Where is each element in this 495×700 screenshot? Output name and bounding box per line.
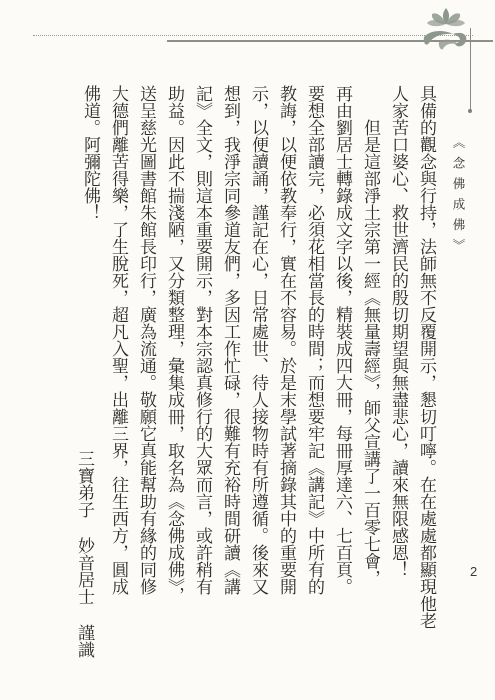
page-number: 2 (470, 564, 477, 579)
margin-line-dot (468, 109, 472, 113)
body-text: 具備的觀念與行持，法師無不反覆開示，懇切叮嚀。在在處處都顯現他老 人家苦口婆心、… (74, 85, 440, 633)
book-page: 《念佛成佛》 2 具備的觀念與行持，法師無不反覆開示，懇切叮嚀。在在處處都顯現他… (0, 0, 495, 700)
header-rule-dotted (33, 35, 473, 36)
margin-vertical-line (470, 28, 471, 110)
running-title: 《念佛成佛》 (449, 136, 467, 259)
signature: 三寶弟子 妙音居士 謹識 (70, 450, 98, 658)
lotus-ornament-icon (421, 5, 471, 53)
